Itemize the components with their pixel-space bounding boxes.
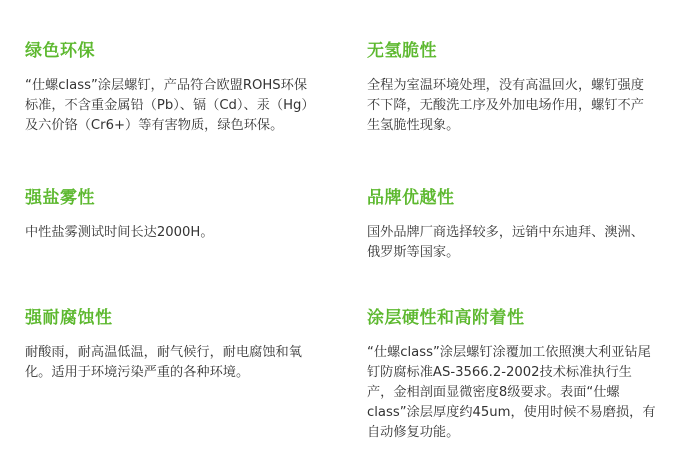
feature-description: 国外品牌厂商选择较多，远销中东迪拜、澳洲、俄罗斯等国家。 xyxy=(367,223,657,263)
feature-title: 绿色环保 xyxy=(25,40,313,62)
feature-description: 耐酸雨，耐高温低温，耐气候行，耐电腐蚀和氧化。适用于环境污染严重的各种环境。 xyxy=(25,343,315,383)
feature-title: 强盐雾性 xyxy=(25,187,315,209)
feature-description: “仕螺class”涂层螺钉涂覆加工依照澳大利亚钻尾钉防腐标准AS-3566.2-… xyxy=(367,343,657,443)
feature-coating-hardness-adhesion: 涂层硬性和高附着性 “仕螺class”涂层螺钉涂覆加工依照澳大利亚钻尾钉防腐标准… xyxy=(367,307,657,443)
feature-brand-superiority: 品牌优越性 国外品牌厂商选择较多，远销中东迪拜、澳洲、俄罗斯等国家。 xyxy=(367,187,657,263)
feature-description: “仕螺class”涂层螺钉，产品符合欧盟ROHS环保标准，不含重金属铅（Pb）、… xyxy=(25,76,313,136)
feature-title: 强耐腐蚀性 xyxy=(25,307,315,329)
feature-corrosion-resistance: 强耐腐蚀性 耐酸雨，耐高温低温，耐气候行，耐电腐蚀和氧化。适用于环境污染严重的各… xyxy=(25,307,315,383)
feature-salt-spray-resistance: 强盐雾性 中性盐雾测试时间长达2000H。 xyxy=(25,187,315,243)
feature-description: 中性盐雾测试时间长达2000H。 xyxy=(25,223,315,243)
feature-title: 无氢脆性 xyxy=(367,40,657,62)
feature-title: 品牌优越性 xyxy=(367,187,657,209)
feature-title: 涂层硬性和高附着性 xyxy=(367,307,657,329)
feature-green-environmental: 绿色环保 “仕螺class”涂层螺钉，产品符合欧盟ROHS环保标准，不含重金属铅… xyxy=(25,40,313,136)
feature-no-hydrogen-embrittlement: 无氢脆性 全程为室温环境处理，没有高温回火，螺钉强度不下降，无酸洗工序及外加电场… xyxy=(367,40,657,136)
feature-description: 全程为室温环境处理，没有高温回火，螺钉强度不下降，无酸洗工序及外加电场作用，螺钉… xyxy=(367,76,657,136)
